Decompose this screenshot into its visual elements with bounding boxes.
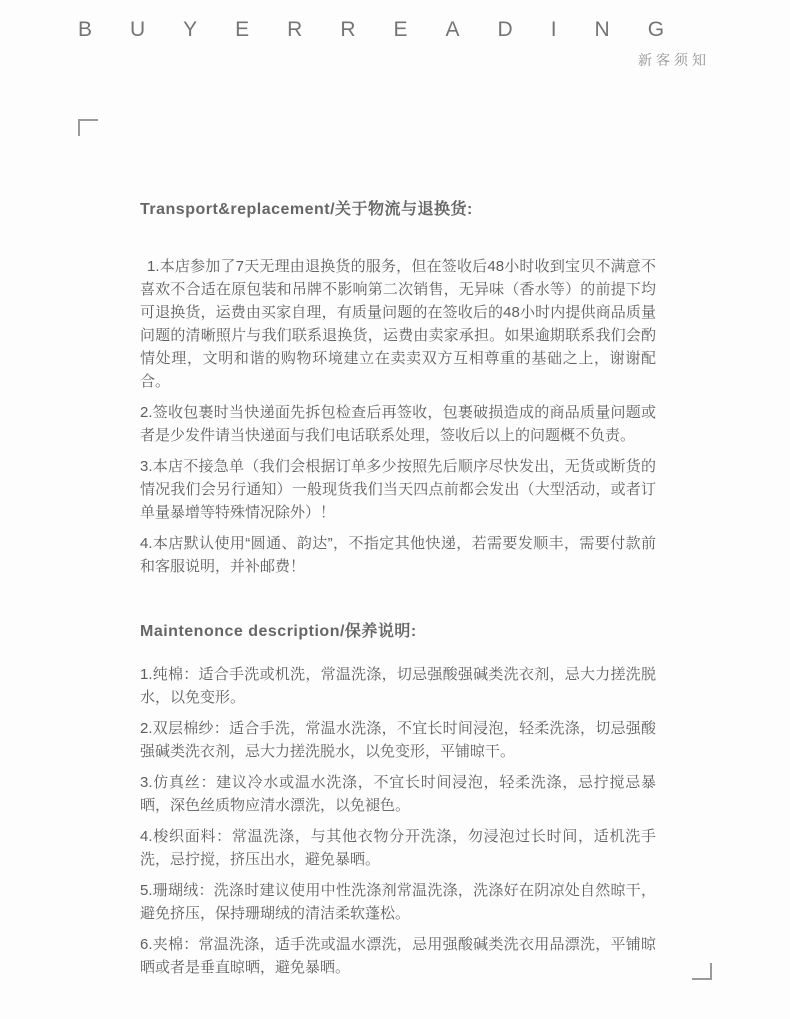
buyer-reading-page: BUYERREADING 新客须知 Transport&replacement/… [0,0,790,1019]
care-rule-double-gauze: 2.双层棉纱：适合手洗，常温水洗涤，不宜长时间浸泡，轻柔洗涤，切忌强酸强碱类洗衣… [140,717,656,763]
care-rule-cotton: 1.纯棉：适合手洗或机洗，常温洗涤，切忌强酸强碱类洗衣剂，忌大力搓洗脱水，以免变… [140,663,656,709]
transport-rule-3: 3.本店不接急单（我们会根据订单多少按照先后顺序尽快发出，无货或断货的情况我们会… [140,455,656,524]
section-heading-transport-replacement: Transport&replacement/关于物流与退换货: [140,196,656,219]
transport-rule-1: 1.本店参加了7天无理由退换货的服务，但在签收后48小时收到宝贝不满意不喜欢不合… [140,255,656,393]
care-rule-padded-cotton: 6.夹棉：常温洗涤，适手洗或温水漂洗，忌用强酸碱类洗衣用品漂洗，平铺晾晒或者是垂… [140,933,656,979]
care-rule-faux-silk: 3.仿真丝：建议冷水或温水洗涤，不宜长时间浸泡，轻柔洗涤，忌拧搅忌暴晒，深色丝质… [140,771,656,817]
transport-rule-2: 2.签收包裹时当快递面先拆包检查后再签收，包裹破损造成的商品质量问题或者是少发件… [140,401,656,447]
corner-bracket-bottom-right-icon [692,963,712,980]
transport-rule-4: 4.本店默认使用“圆通、韵达”，不指定其他快递，若需要发顺丰，需要付款前和客服说… [140,532,656,578]
page-title: BUYERREADING [78,18,702,42]
page-subtitle: 新客须知 [638,50,710,70]
care-rule-coral-fleece: 5.珊瑚绒：洗涤时建议使用中性洗涤剂常温洗涤，洗涤好在阴凉处自然晾干，避免挤压，… [140,879,656,925]
care-rule-woven: 4.梭织面料：常温洗涤，与其他衣物分开洗涤，勿浸泡过长时间，适机洗手洗，忌拧搅，… [140,825,656,871]
notice-content: Transport&replacement/关于物流与退换货: 1.本店参加了7… [140,196,656,987]
corner-bracket-top-left-icon [78,119,98,136]
section-heading-maintenance: Maintenonce description/保养说明: [140,618,656,641]
